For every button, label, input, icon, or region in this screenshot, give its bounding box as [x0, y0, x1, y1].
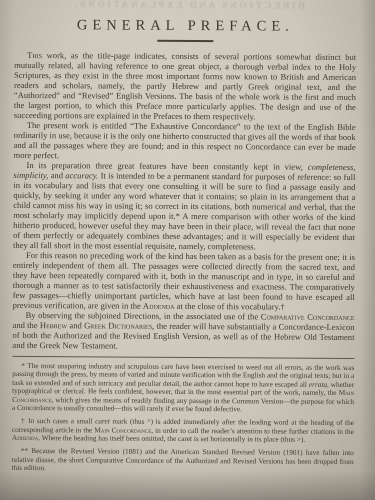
footnote: * The most unsparing industry and scrupu…: [12, 362, 354, 415]
text-segment: Comparative Concordance: [261, 311, 355, 322]
text-segment: . Where the heading has itself been omit…: [38, 434, 305, 444]
text-segment: This: [27, 50, 42, 60]
text-segment: errata: [309, 381, 327, 389]
text-segment: Main Concordance: [94, 426, 151, 434]
text-segment: ** Because the Revised Version (1881) an…: [12, 447, 354, 472]
body-paragraph: For this reason no preceding work of the…: [13, 250, 355, 312]
text-segment: , which gives the means of readily findi…: [12, 396, 354, 414]
footnote-separator: [12, 356, 354, 359]
showthrough-text: DIRECTIONS AND EXPLANATIONS.: [1, 0, 375, 12]
text-segment: caret: [95, 418, 110, 426]
scanned-book-page: DIRECTIONS AND EXPLANATIONS. GENERAL PRE…: [0, 0, 375, 500]
text-segment: † In such cases a small: [21, 417, 95, 425]
footnote: ** Because the Revised Version (1881) an…: [12, 447, 354, 474]
text-segment: work, as the title-page indicates, consi…: [14, 50, 356, 121]
text-segment: * The most unsparing industry and scrupu…: [12, 362, 354, 389]
page-content: DIRECTIONS AND EXPLANATIONS. GENERAL PRE…: [0, 0, 375, 500]
text-segment: and: [67, 320, 84, 330]
body-paragraph: This work, as the title-page indicates, …: [14, 50, 356, 122]
text-segment: The present work is entitled “The Exhaus…: [14, 120, 356, 160]
text-segment: It is intended to be a permanent standar…: [13, 170, 355, 251]
footnote: † In such cases a small caret mark (thus…: [12, 417, 354, 444]
page-title: GENERAL PREFACE.: [14, 17, 356, 36]
text-segment: Hebrew: [40, 320, 67, 330]
text-segment: at the close of this vocabulary.†: [174, 301, 284, 312]
text-segment: accuracy.: [65, 170, 98, 180]
text-segment: Addenda: [12, 434, 38, 442]
text-segment: Greek Dictionaries: [84, 320, 152, 330]
body-paragraph: The present work is entitled “The Exhaus…: [14, 120, 356, 162]
footnotes: * The most unsparing industry and scrupu…: [12, 362, 355, 475]
body-paragraphs: This work, as the title-page indicates, …: [12, 50, 356, 352]
text-segment: and: [48, 170, 65, 180]
body-paragraph: By observing the subjoined Directions, i…: [12, 310, 354, 352]
body-paragraph: In its preparation three great features …: [13, 160, 356, 252]
text-segment: Addenda: [143, 301, 175, 311]
title-rule: [157, 40, 213, 42]
text-segment: and the: [13, 320, 40, 330]
